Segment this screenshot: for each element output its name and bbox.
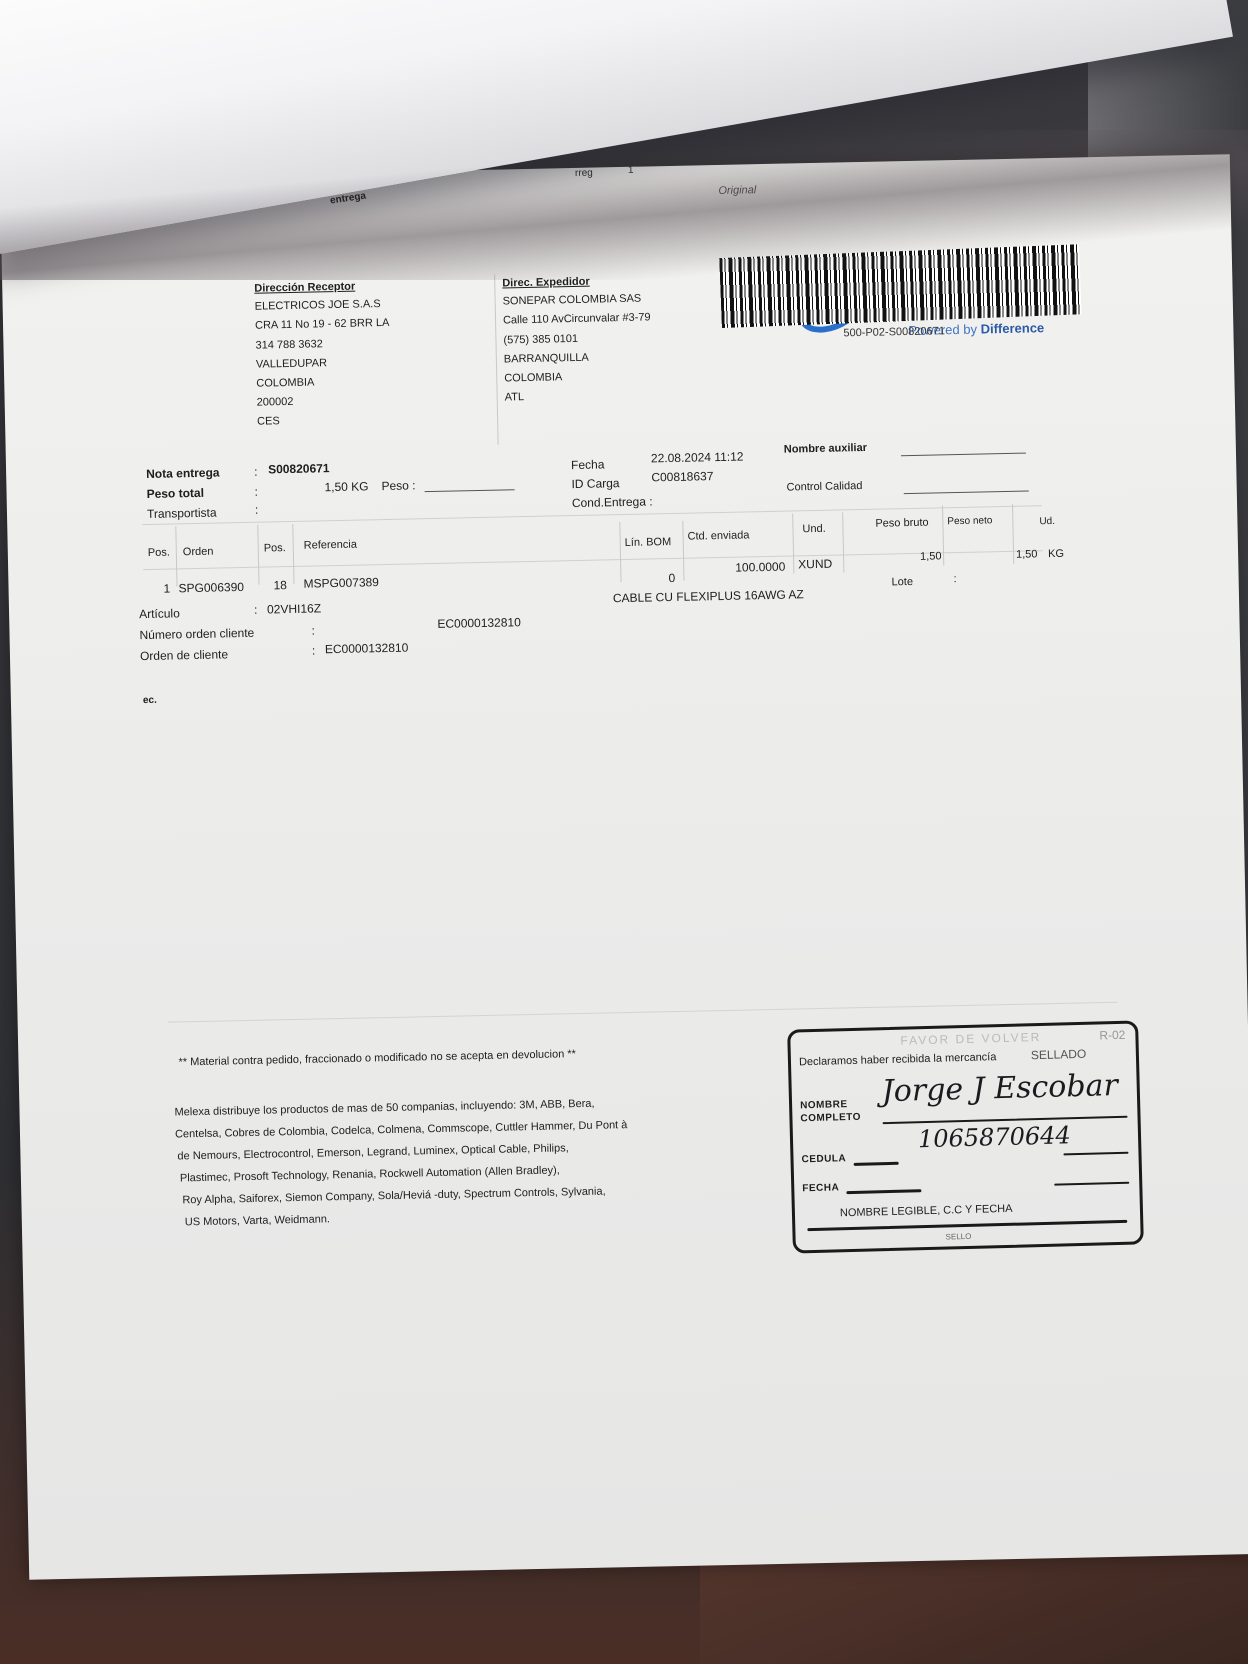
receiver-line: 200002: [257, 396, 294, 409]
fecha-stamp-label: FECHA: [802, 1182, 839, 1194]
peso-total-label: Peso total: [146, 486, 204, 501]
col-lin-bom: Lín. BOM: [625, 536, 672, 549]
sheet-shadow: [0, 130, 1248, 280]
stamp-overprint: SELLADO: [1031, 1047, 1087, 1062]
distributor-line: Centelsa, Cobres de Colombia, Codelca, C…: [175, 1119, 628, 1140]
completo-label: COMPLETO: [800, 1112, 861, 1125]
cell-peso-neto: 1,50: [1016, 548, 1038, 560]
nota-entrega-value: S00820671: [268, 461, 330, 476]
peso-total-value: 1,50 KG: [324, 479, 368, 494]
orden-cliente-value: EC0000132810: [325, 641, 409, 657]
col-und: Und.: [802, 523, 825, 535]
barcode-text: 500-P02-S00820671: [843, 325, 945, 339]
sello-label: SELLO: [945, 1232, 971, 1242]
cell-pos2: 18: [273, 578, 287, 592]
id-carga-label: ID Carga: [571, 476, 619, 491]
handwritten-cedula: 1065870644: [918, 1121, 1071, 1153]
col-orden: Orden: [183, 546, 214, 559]
cell-referencia: MSPG007389: [303, 575, 379, 591]
receiver-heading: Dirección Receptor: [254, 281, 355, 295]
distributor-line: Plastimec, Prosoft Technology, Renania, …: [180, 1164, 560, 1184]
id-carga-value: C00818637: [651, 469, 713, 484]
col-ctd-enviada: Ctd. enviada: [687, 529, 749, 542]
cell-ctd-enviada: 100.0000: [735, 560, 785, 575]
note-text: ec.: [143, 695, 157, 706]
nombre-label: NOMBRE: [800, 1099, 848, 1111]
cell-lin-bom: 0: [668, 571, 675, 585]
cell-und: XUND: [798, 557, 832, 572]
col-referencia: Referencia: [304, 539, 357, 552]
receiver-line: CES: [257, 415, 280, 427]
sender-line: SONEPAR COLOMBIA SAS: [503, 293, 642, 308]
transportista-label: Transportista: [147, 506, 217, 521]
sender-line: COLOMBIA: [504, 371, 562, 384]
peso-label: Peso :: [381, 478, 415, 493]
sender-line: Calle 110 AvCircunvalar #3-79: [503, 311, 651, 326]
nota-entrega-label: Nota entrega: [146, 465, 220, 481]
control-calidad-label: Control Calidad: [786, 480, 862, 494]
cell-lote-label: Lote: [891, 576, 913, 588]
receipt-stamp: FAVOR DE VOLVER R-02 Declaramos haber re…: [787, 1020, 1144, 1253]
cell-ud: KG: [1048, 548, 1064, 560]
articulo-label: Artículo: [139, 606, 180, 621]
col-ud: Ud.: [1039, 516, 1055, 527]
col-pos: Pos.: [148, 547, 170, 559]
sender-line: (575) 385 0101: [503, 333, 578, 347]
col-peso-neto: Peso neto: [947, 515, 992, 527]
sender-line: ATL: [505, 391, 525, 403]
receiver-line: VALLEDUPAR: [256, 357, 327, 370]
nombre-legible-label: NOMBRE LEGIBLE, C.C Y FECHA: [840, 1203, 1013, 1220]
cell-pos: 1: [163, 582, 170, 596]
footer-divider: [168, 1002, 1118, 1023]
stamp-code: R-02: [1099, 1028, 1125, 1043]
cell-peso-bruto: 1,50: [920, 550, 942, 562]
nombre-auxiliar-blank: [901, 453, 1026, 457]
delivery-note-sheet: Pág. sonepar Powered by Difference rreg …: [0, 154, 1248, 1579]
distributor-line: US Motors, Varta, Weidmann.: [185, 1213, 330, 1228]
return-policy: ** Material contra pedido, fraccionado o…: [178, 1048, 576, 1068]
col-pos2: Pos.: [264, 542, 286, 554]
receiver-line: 314 788 3632: [255, 338, 323, 351]
stamp-faded-header: FAVOR DE VOLVER: [900, 1030, 1041, 1048]
nombre-auxiliar-label: Nombre auxiliar: [784, 442, 867, 456]
control-calidad-blank: [904, 491, 1029, 495]
distributor-line: de Nemours, Electrocontrol, Emerson, Leg…: [177, 1142, 568, 1162]
receiver-line: COLOMBIA: [256, 376, 314, 389]
handwritten-name: Jorge J Escobar: [881, 1068, 1118, 1109]
sender-line: BARRANQUILLA: [504, 352, 589, 366]
distributor-line: Roy Alpha, Saiforex, Siemon Company, Sol…: [182, 1186, 605, 1207]
distributor-line: Melexa distribuye los productos de mas d…: [174, 1098, 594, 1119]
cedula-label: CEDULA: [801, 1153, 846, 1165]
orden-cliente-label: Orden de cliente: [140, 647, 228, 663]
col-peso-bruto: Peso bruto: [875, 517, 928, 530]
articulo-value: 02VHI16Z: [267, 601, 321, 616]
peso-blank: [425, 489, 515, 492]
stamp-declaration: Declaramos haber recibida la mercancía: [799, 1051, 997, 1068]
cell-descripcion: CABLE CU FLEXIPLUS 16AWG AZ: [613, 587, 804, 605]
fecha-label: Fecha: [571, 457, 605, 472]
cell-orden: SPG006390: [178, 580, 244, 595]
numero-orden-cliente-value: EC0000132810: [437, 615, 521, 631]
address-divider: [494, 275, 499, 445]
numero-orden-cliente-label: Número orden cliente: [139, 626, 254, 642]
receiver-line: CRA 11 No 19 - 62 BRR LA: [255, 317, 390, 332]
cond-entrega-label: Cond.Entrega :: [572, 494, 653, 510]
receiver-line: ELECTRICOS JOE S.A.S: [255, 298, 381, 313]
fecha-value: 22.08.2024 11:12: [651, 449, 744, 465]
